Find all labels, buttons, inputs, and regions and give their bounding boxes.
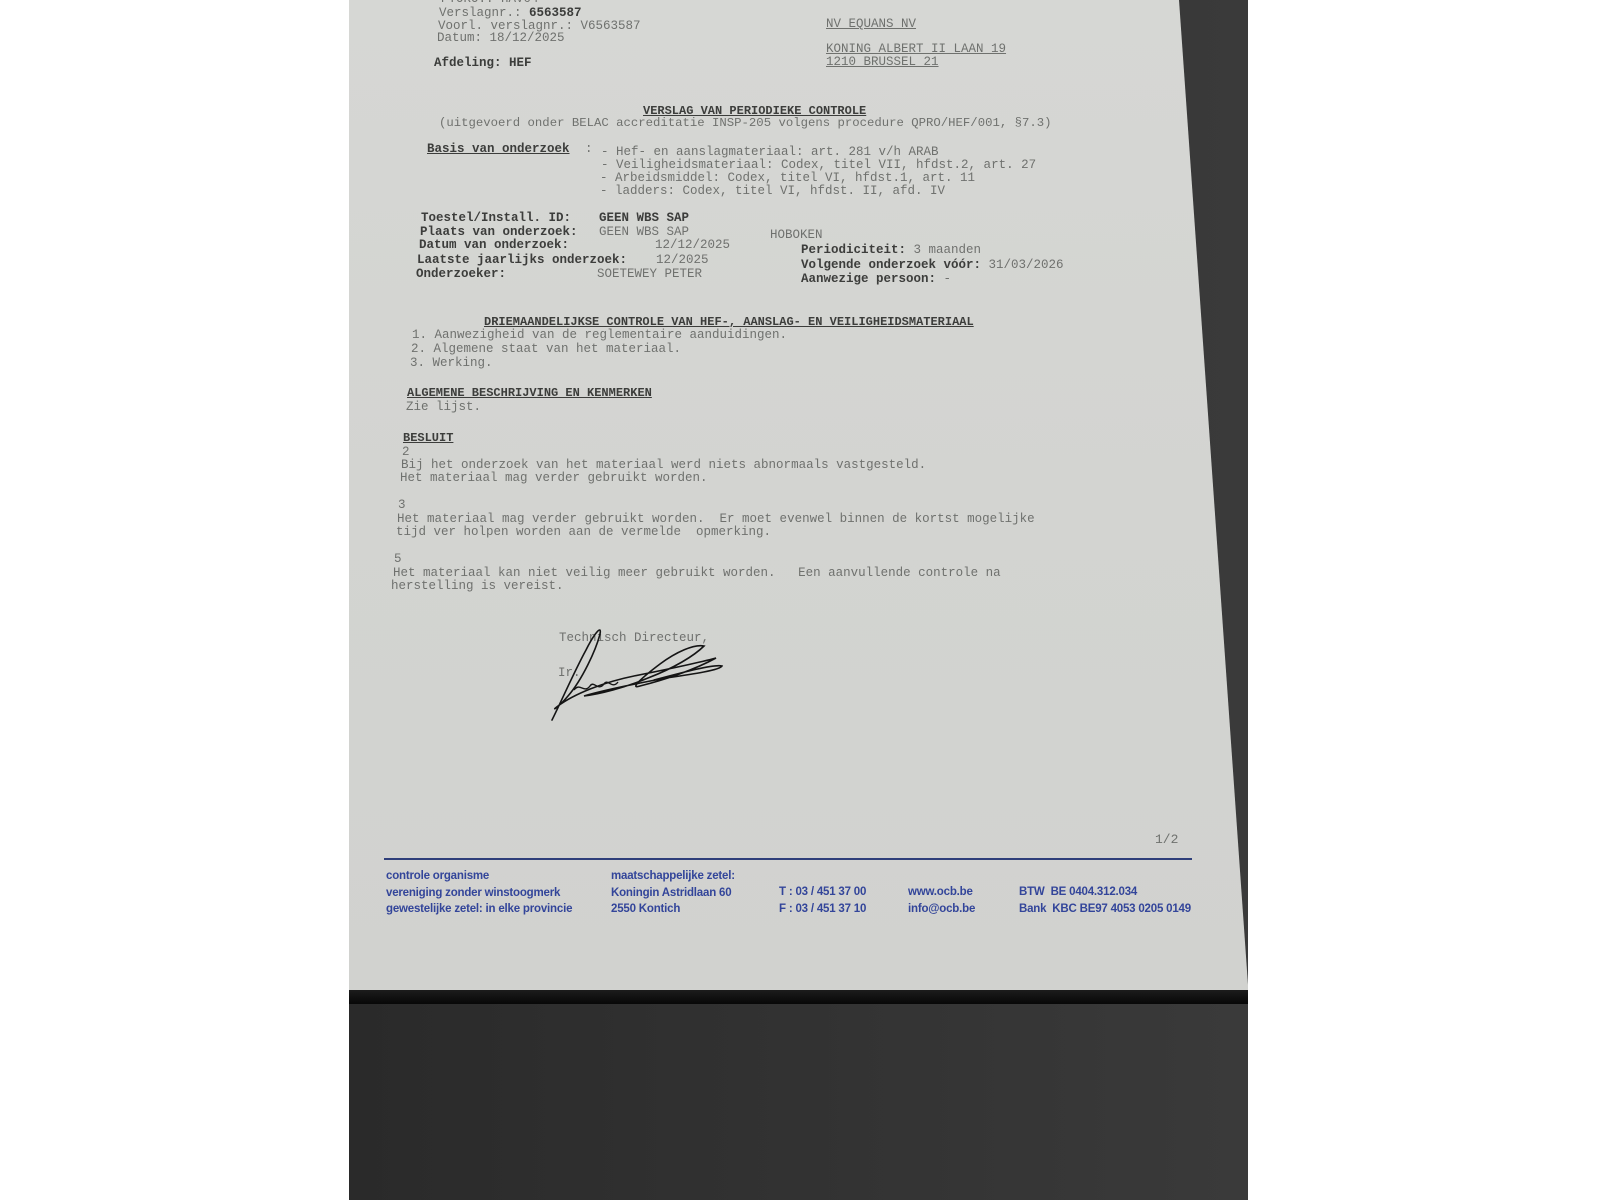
afdeling-label: Afdeling: [434,56,502,70]
plaats-city: HOBOKEN [770,229,823,243]
footer-divider [384,858,1192,860]
handwritten-signature [544,620,744,730]
voorl-value: V6563587 [581,19,641,33]
onderzoeker-value: SOETEWEY PETER [597,268,702,282]
footer-text: maatschappelijke zetel: [611,868,735,885]
besluit-line: herstelling is vereist. [391,580,564,594]
onderzoeker-label: Onderzoeker: [416,268,506,282]
periodiciteit-value: 3 maanden [914,243,982,257]
controle-item: 1. Aanwezigheid van de reglementaire aan… [412,329,787,343]
footer-col-bank: BTW BE 0404.312.034Bank KBC BE97 4053 02… [1019,884,1191,917]
footer-phone: T : 03 / 451 37 00 [779,884,866,901]
footer-text: 2550 Kontich [611,901,735,918]
controle-item: 3. Werking. [410,357,493,371]
aanwezige-row: Aanwezige persoon: - [801,273,951,287]
basis-item: - ladders: Codex, titel VI, hfdst. II, a… [600,185,945,199]
laatste-value: 12/2025 [656,254,709,268]
page-number: 1/2 [1155,833,1178,847]
addressee-city: 1210 BRUSSEL 21 [826,56,939,70]
footer-bank: Bank KBC BE97 4053 0205 0149 [1019,901,1191,918]
datum-onderzoek-label: Datum van onderzoek: [419,239,569,253]
periodiciteit-row: Periodiciteit: 3 maanden [801,244,981,258]
footer-col-phone: T : 03 / 451 37 00F : 03 / 451 37 10 [779,884,866,917]
footer-col-web: www.ocb.beinfo@ocb.be [908,884,975,917]
datum-label: Datum: [437,31,482,45]
footer-col-organisation: controle organismevereniging zonder wins… [386,868,572,918]
paper-edge-shadow [349,990,1248,1004]
footer-text: vereniging zonder winstoogmerk [386,885,572,902]
laatste-label: Laatste jaarlijks onderzoek: [417,254,627,268]
aanwezige-label: Aanwezige persoon: [801,272,936,286]
toestel-label: Toestel/Install. ID: [421,212,571,226]
paper-sheet: PTORO.: HAV04 Verslagnr.: 6563587 Voorl.… [349,0,1248,993]
footer-website-link[interactable]: www.ocb.be [908,884,975,901]
footer-col-address: maatschappelijke zetel:Koningin Astridla… [611,868,735,918]
volgende-value: 31/03/2026 [989,258,1064,272]
afdeling-value: HEF [509,56,532,70]
volgende-label: Volgende onderzoek vóór: [801,258,981,272]
basis-colon: : [585,143,593,157]
basis-label: Basis van onderzoek [427,143,570,157]
footer-email-link[interactable]: info@ocb.be [908,901,975,918]
besluit-line: Het materiaal mag verder gebruikt worden… [400,472,708,486]
toestel-value: GEEN WBS SAP [599,212,689,226]
footer-text: controle organisme [386,868,572,885]
volgende-row: Volgende onderzoek vóór: 31/03/2026 [801,259,1064,273]
afdeling-row: Afdeling: HEF [434,57,532,71]
controle-item: 2. Algemene staat van het materiaal. [411,343,681,357]
footer-text: Koningin Astridlaan 60 [611,885,735,902]
verslagnr-label: Verslagnr.: [439,6,522,20]
beschrijving-text: Zie lijst. [406,401,481,415]
document-photo: PTORO.: HAV04 Verslagnr.: 6563587 Voorl.… [349,0,1248,1200]
report-subtitle: (uitgevoerd onder BELAC accreditatie INS… [439,117,1052,131]
periodiciteit-label: Periodiciteit: [801,243,906,257]
datum-onderzoek-value: 12/12/2025 [655,239,730,253]
besluit-line: tijd ver holpen worden aan de vermelde o… [396,526,771,540]
footer-fax: F : 03 / 451 37 10 [779,901,866,918]
besluit-code: 3 [398,499,406,513]
footer-text: gewestelijke zetel: in elke provincie [386,901,572,918]
besluit-heading: BESLUIT [403,432,453,446]
datum-value: 18/12/2025 [490,31,565,45]
beschrijving-heading: ALGEMENE BESCHRIJVING EN KENMERKEN [407,387,652,401]
verslagnr-value: 6563587 [529,6,582,20]
besluit-code: 5 [394,553,402,567]
footer-vat: BTW BE 0404.312.034 [1019,884,1191,901]
datum-row: Datum: 18/12/2025 [437,32,565,46]
aanwezige-value: - [944,272,952,286]
addressee-company: NV EQUANS NV [826,18,916,32]
